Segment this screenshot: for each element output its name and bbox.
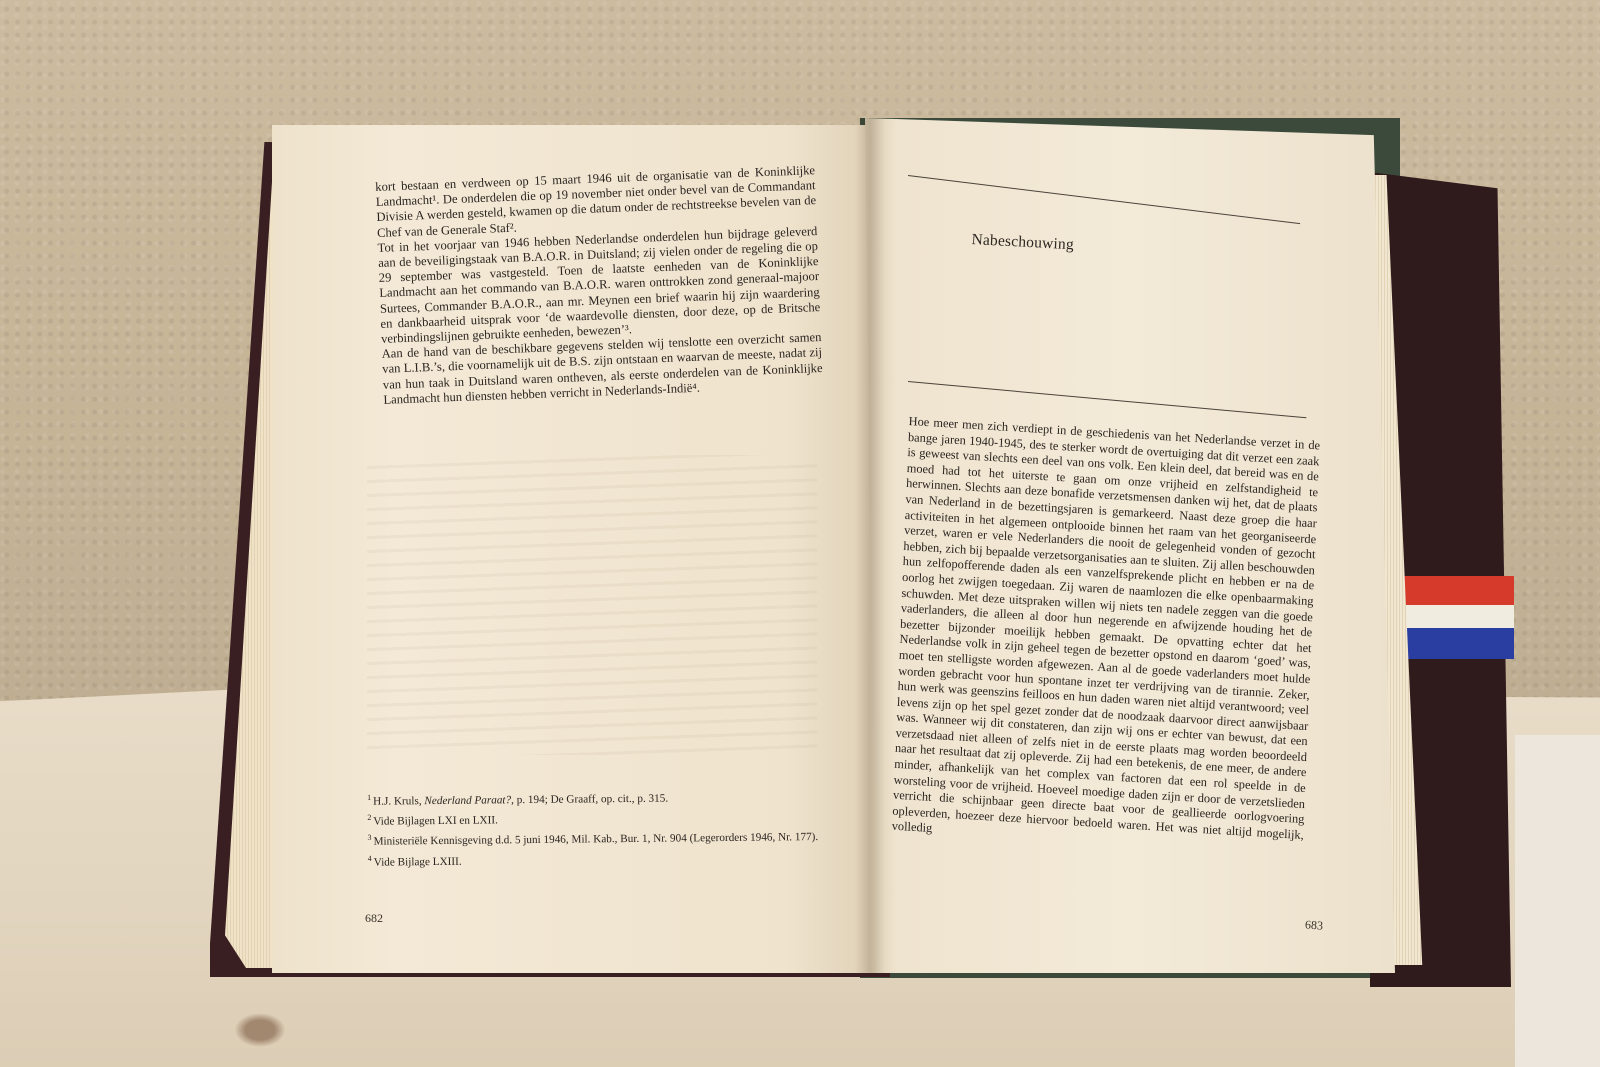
footnotes: 1H.J. Kruls, Nederland Paraat?, p. 194; … <box>367 785 828 871</box>
show-through-text <box>367 455 817 755</box>
paragraph: Tot in het voorjaar van 1946 hebben Nede… <box>377 224 821 347</box>
right-page-body: Hoe meer men zich verdiept in de geschie… <box>891 414 1320 859</box>
left-page-body: kort bestaan en verdween op 15 maart 194… <box>375 163 823 408</box>
table-stain <box>230 1010 290 1050</box>
chapter-title: Nabeschouwing <box>971 231 1074 254</box>
right-page: Nabeschouwing Hoe meer men zich verdiept… <box>865 118 1395 973</box>
footnote: 4Vide Bijlage LXIII. <box>368 846 828 871</box>
table-surface-right <box>1515 735 1600 1067</box>
paragraph: Hoe meer men zich verdiept in de geschie… <box>891 414 1320 859</box>
flag-stripe-blue <box>1402 628 1514 659</box>
page-number-right: 683 <box>1304 917 1323 933</box>
page-number-left: 682 <box>365 911 383 926</box>
left-page: kort bestaan en verdween op 15 maart 194… <box>272 125 877 973</box>
flag-stripe-red <box>1402 576 1514 605</box>
chapter-rule-bottom <box>908 381 1306 419</box>
book-gutter <box>855 118 885 973</box>
chapter-rule-top <box>908 175 1300 225</box>
